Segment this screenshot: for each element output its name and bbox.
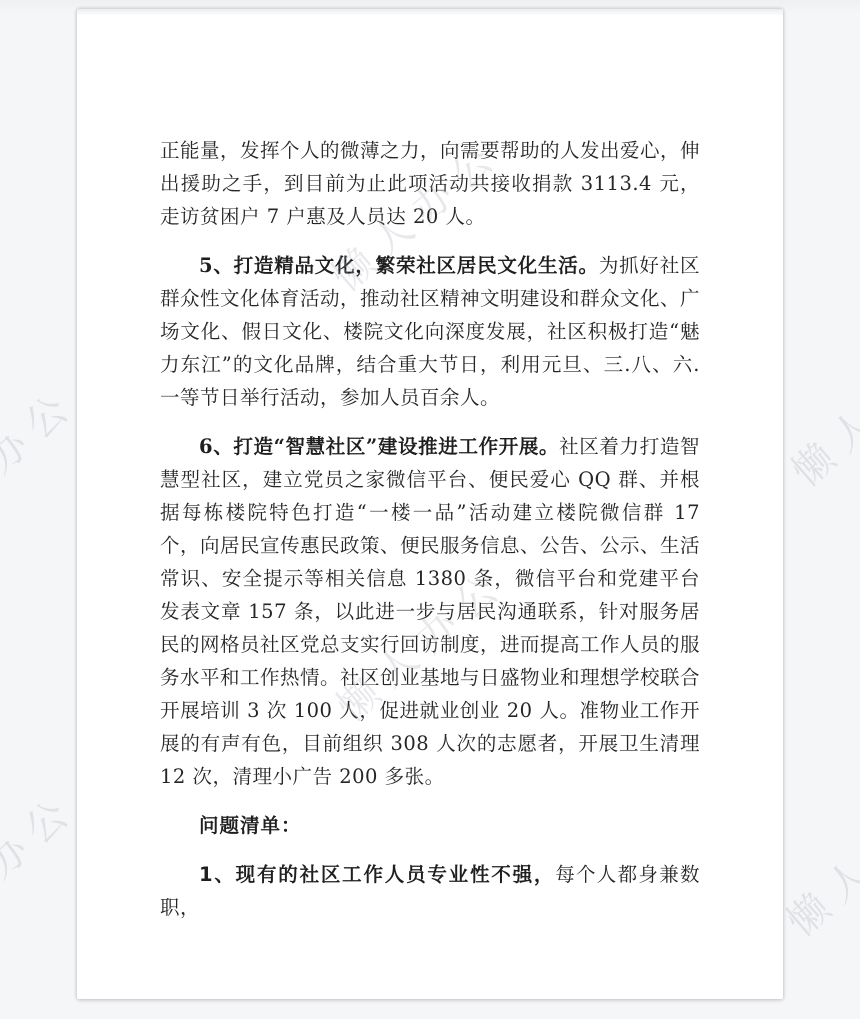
body-text: 正能量，发挥个人的微薄之力，向需要帮助的人发出爱心，伸出援助之手，到目前为止此项… <box>160 139 700 228</box>
paragraph-problem-1: 1、现有的社区工作人员专业性不强，每个人都身兼数职， <box>160 858 700 924</box>
item-5-heading-text: 5、打造精品文化，繁荣社区居民文化生活。 <box>199 254 599 277</box>
document-content: 正能量，发挥个人的微薄之力，向需要帮助的人发出爱心，伸出援助之手，到目前为止此项… <box>160 134 700 924</box>
paragraph-continuation: 正能量，发挥个人的微薄之力，向需要帮助的人发出爱心，伸出援助之手，到目前为止此项… <box>160 134 700 233</box>
problem-list-heading-text: 问题清单： <box>199 814 302 837</box>
document-page: 正能量，发挥个人的微薄之力，向需要帮助的人发出爱心，伸出援助之手，到目前为止此项… <box>77 9 783 999</box>
watermark-text: 懒人办公 <box>0 373 87 552</box>
item-6-heading-text: 6、打造“智慧社区”建设推进工作开展。 <box>199 435 559 458</box>
paragraph-item-5: 5、打造精品文化，繁荣社区居民文化生活。为抓好社区群众性文化体育活动，推动社区精… <box>160 249 700 414</box>
heading-problem-list: 问题清单： <box>160 809 700 842</box>
watermark-text: 懒人办公 <box>773 768 860 947</box>
watermark-text: 懒人办公 <box>0 778 87 957</box>
paragraph-item-6: 6、打造“智慧社区”建设推进工作开展。社区着力打造智慧型社区，建立党员之家微信平… <box>160 430 700 793</box>
body-text: 社区着力打造智慧型社区，建立党员之家微信平台、便民爱心 QQ 群、并根据每栋楼院… <box>160 435 700 788</box>
watermark-text: 懒人办公 <box>778 318 860 497</box>
body-text: 为抓好社区群众性文化体育活动，推动社区精神文明建设和群众文化、广场文化、假日文化… <box>160 254 700 409</box>
page-top-shadow <box>77 9 783 16</box>
screenshot-background: 正能量，发挥个人的微薄之力，向需要帮助的人发出爱心，伸出援助之手，到目前为止此项… <box>0 0 860 1019</box>
problem-1-bold-text: 1、现有的社区工作人员专业性不强， <box>199 863 555 886</box>
